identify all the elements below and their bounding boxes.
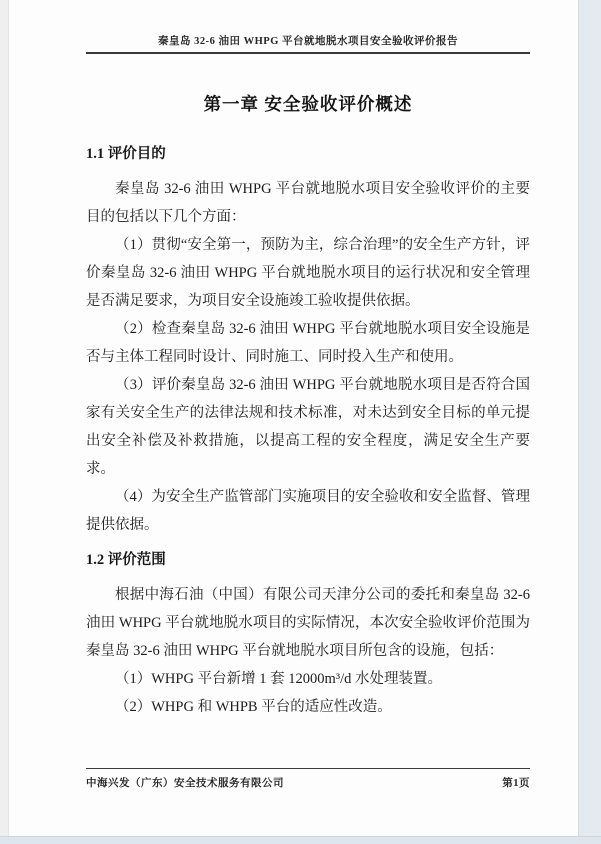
paragraph: （4）为安全生产监管部门实施项目的安全验收和安全监督、管理提供依据。	[86, 483, 530, 539]
footer-company-name: 中海兴发（广东）安全技术服务有限公司	[86, 775, 284, 790]
scan-edge-right	[578, 0, 601, 844]
running-header: 秦皇岛 32-6 油田 WHPG 平台就地脱水项目安全验收评价报告	[86, 0, 530, 54]
paragraph: （2）WHPG 和 WHPB 平台的适应性改造。	[86, 693, 530, 721]
paragraph: 根据中海石油（中国）有限公司天津分公司的委托和秦皇岛 32-6 油田 WHPG …	[86, 581, 530, 665]
paragraph: 秦皇岛 32-6 油田 WHPG 平台就地脱水项目安全验收评价的主要目的包括以下…	[86, 175, 530, 231]
scan-edge-bottom	[0, 836, 601, 844]
running-header-title: 秦皇岛 32-6 油田 WHPG 平台就地脱水项目安全验收评价报告	[86, 33, 530, 48]
section-evaluation-purpose: 1.1 评价目的 秦皇岛 32-6 油田 WHPG 平台就地脱水项目安全验收评价…	[86, 146, 530, 539]
paragraph: （2）检查秦皇岛 32-6 油田 WHPG 平台就地脱水项目安全设施是否与主体工…	[86, 315, 530, 371]
running-footer: 中海兴发（广东）安全技术服务有限公司 第1页	[86, 768, 530, 790]
scan-edge-left	[0, 0, 9, 844]
section-heading-1-2: 1.2 评价范围	[86, 552, 530, 569]
paragraph: （1）贯彻“安全第一，预防为主，综合治理”的安全生产方针，评价秦皇岛 32-6 …	[86, 231, 530, 315]
section-evaluation-scope: 1.2 评价范围 根据中海石油（中国）有限公司天津分公司的委托和秦皇岛 32-6…	[86, 552, 530, 721]
paragraph: （1）WHPG 平台新增 1 套 12000m³/d 水处理装置。	[86, 665, 530, 693]
footer-page-number: 第1页	[502, 775, 530, 790]
chapter-title: 第一章 安全验收评价概述	[86, 92, 530, 116]
document-viewport: 秦皇岛 32-6 油田 WHPG 平台就地脱水项目安全验收评价报告 第一章 安全…	[0, 0, 601, 844]
paragraph: （3）评价秦皇岛 32-6 油田 WHPG 平台就地脱水项目是否符合国家有关安全…	[86, 371, 530, 483]
page-content: 秦皇岛 32-6 油田 WHPG 平台就地脱水项目安全验收评价报告 第一章 安全…	[86, 0, 530, 721]
section-heading-1-1: 1.1 评价目的	[86, 146, 530, 163]
document-page: 秦皇岛 32-6 油田 WHPG 平台就地脱水项目安全验收评价报告 第一章 安全…	[9, 0, 578, 836]
